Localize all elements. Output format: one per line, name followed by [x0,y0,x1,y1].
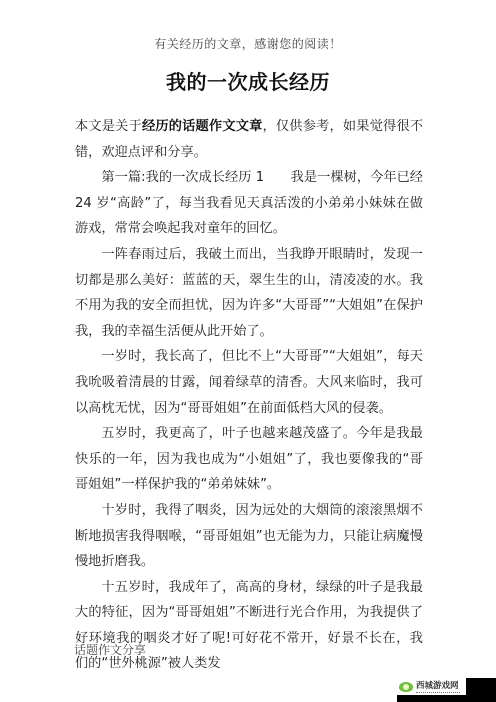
topic-link-text: 经历的话题作文文章 [142,119,263,134]
leaf-badge-icon [399,682,413,692]
header-note: 有关经历的文章，感谢您的阅读！ [0,35,496,52]
paragraph: 一阵春雨过后，我破土而出，当我睁开眼睛时，发现一切都是那么美好：蓝蓝的天，翠生生… [75,242,423,344]
paragraph: 第一篇:我的一次成长经历 1 我是一棵树，今年已经 24 岁“高龄”了，每当我看… [75,165,423,242]
paragraph: 十五岁时，我成年了，高高的身材，绿绿的叶子是我最大的特征，因为“哥哥姐姐”不断进… [75,575,423,677]
footer-tag: 话题作文分享 [74,641,146,658]
paragraph: 一岁时，我长高了，但比不上“大哥哥”“大姐姐”，每天我吮吸着清晨的甘露，闻着绿草… [75,344,423,421]
article-body: 本文是关于经历的话题作文文章，仅供参考，如果觉得很不错，欢迎点评和分享。 第一篇… [75,114,423,677]
watermark-text: 西城游戏网 [416,682,459,691]
paragraph: 五岁时，我更高了，叶子也越来越茂盛了。今年是我最快乐的一年，因为我也成为“小姐姐… [75,421,423,498]
paragraph: 十岁时，我得了咽炎，因为远处的大烟筒的滚滚黑烟不断地损害我得咽喉，“哥哥姐姐”也… [75,498,423,575]
article-title: 我的一次成长经历 [0,66,496,95]
watermark-subline [416,692,460,694]
watermark: 西城游戏网 [397,678,466,695]
intro-paragraph: 本文是关于经历的话题作文文章，仅供参考，如果觉得很不错，欢迎点评和分享。 [75,114,423,165]
